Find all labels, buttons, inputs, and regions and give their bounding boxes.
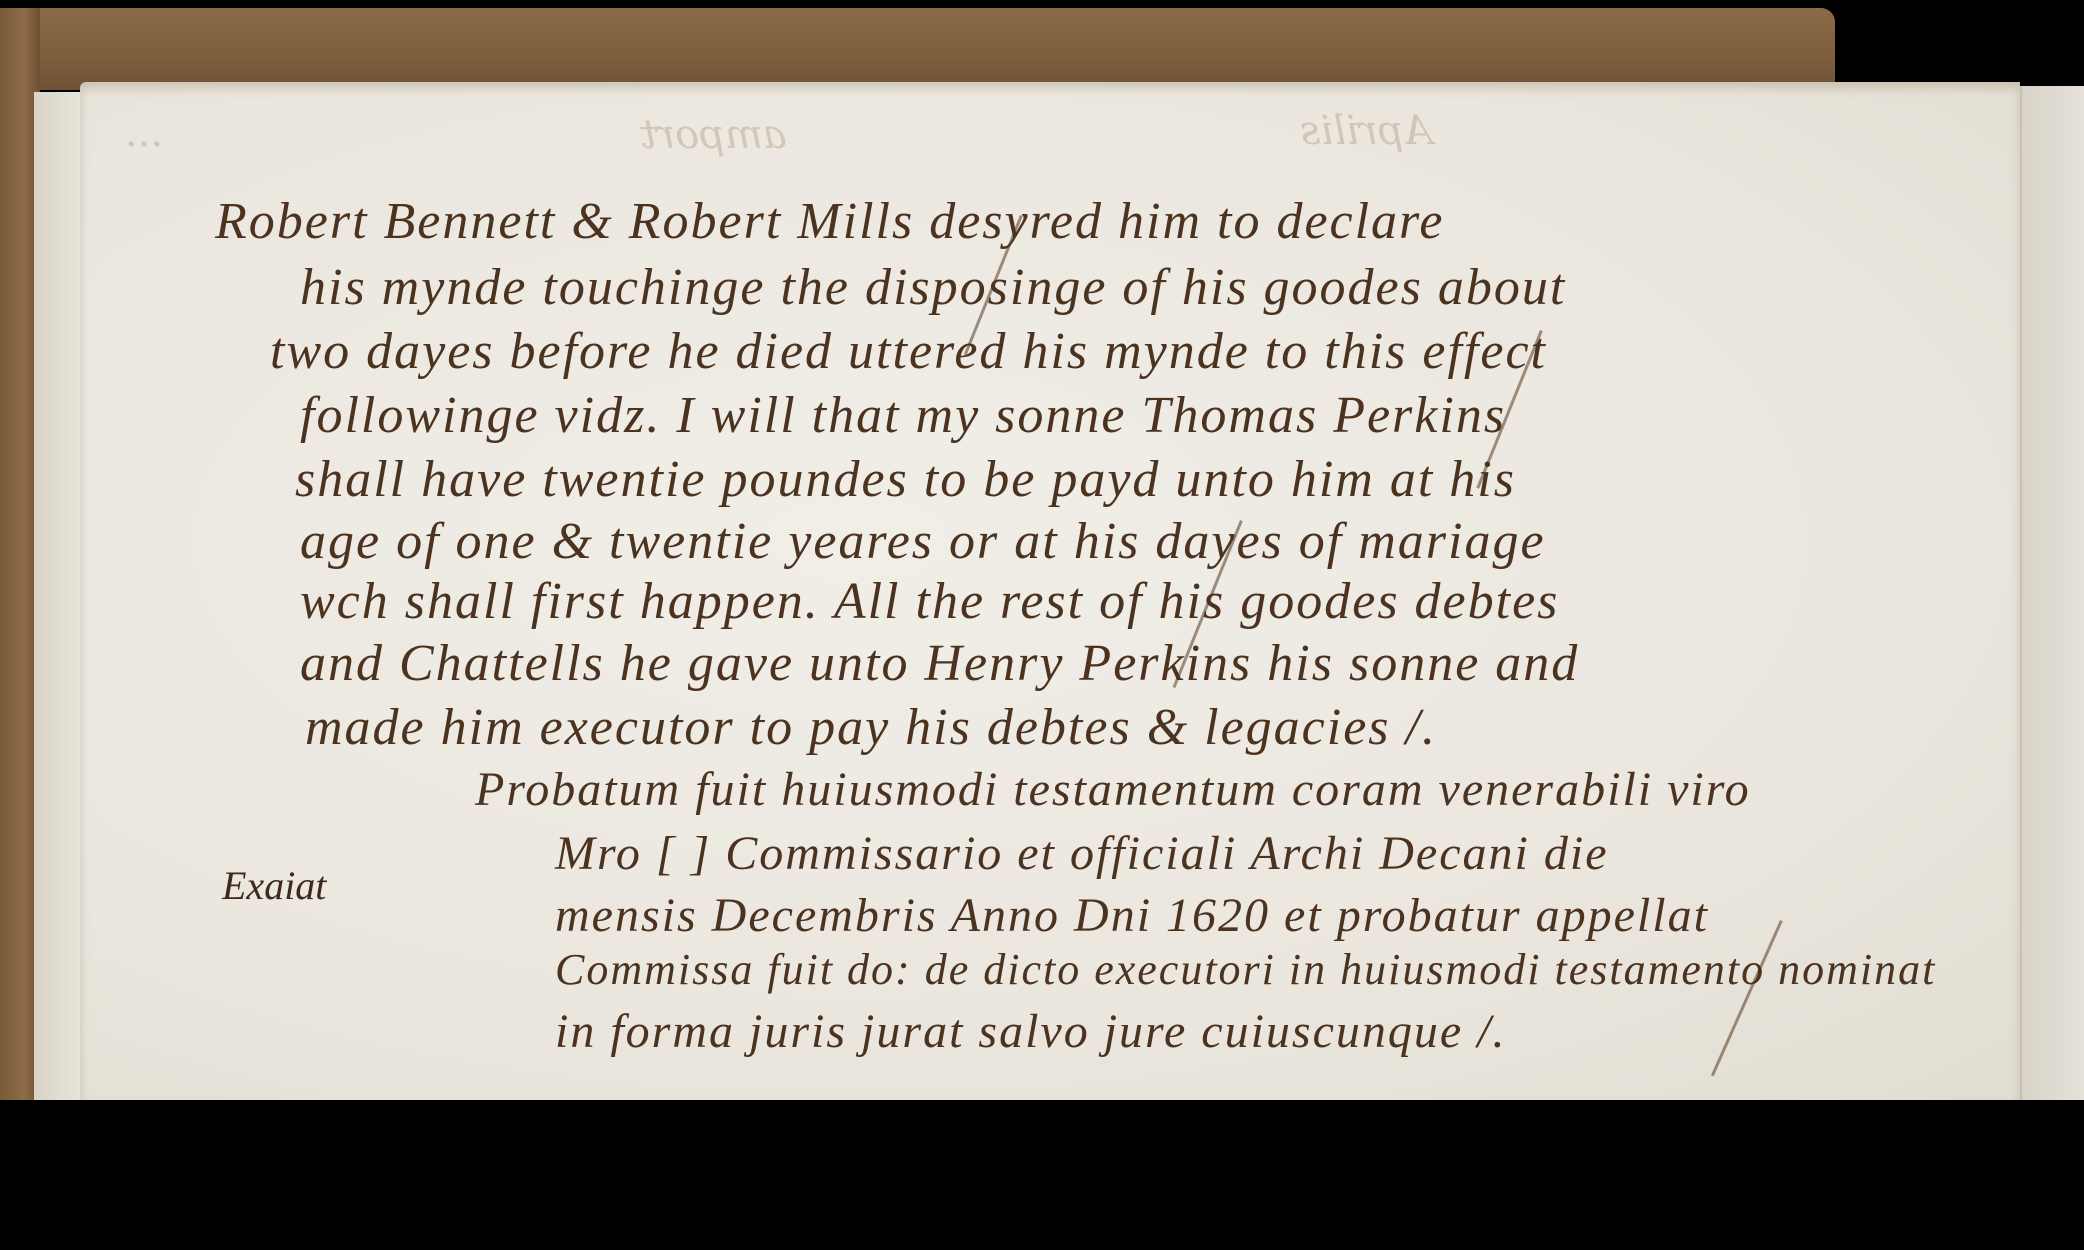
will-line-3: two dayes before he died uttered his myn…	[270, 322, 1547, 381]
book-cover-top-edge	[0, 8, 1835, 90]
will-line-6: age of one & twentie yeares or at his da…	[300, 512, 1546, 571]
page-edge-strip	[34, 92, 84, 1100]
will-line-4: followinge vidz. I will that my sonne Th…	[300, 386, 1506, 445]
will-line-2: his mynde touchinge the disposinge of hi…	[300, 258, 1566, 317]
showthrough-header-2: Aprilis	[1300, 108, 1433, 154]
probate-line-3: mensis Decembris Anno Dni 1620 et probat…	[555, 888, 1709, 943]
will-line-8: and Chattells he gave unto Henry Perkins…	[300, 634, 1579, 693]
margin-note-examinatur: Exaiat	[222, 862, 326, 909]
probate-line-4: Commissa fuit do: de dicto executori in …	[555, 944, 1936, 995]
will-line-9: made him executor to pay his debtes & le…	[305, 698, 1437, 757]
showthrough-header-1: amport	[640, 112, 787, 158]
probate-line-1: Probatum fuit huiusmodi testamentum cora…	[475, 762, 1751, 817]
will-line-7: wch shall first happen. All the rest of …	[300, 572, 1559, 631]
adjacent-page-edge	[2020, 86, 2084, 1100]
probate-line-2: Mro [ ] Commissario et officiali Archi D…	[555, 826, 1609, 881]
black-background-band	[0, 1100, 2084, 1250]
showthrough-page-number: ...	[125, 110, 163, 156]
probate-line-5: in forma juris jurat salvo jure cuiuscun…	[555, 1004, 1507, 1059]
will-line-1: Robert Bennett & Robert Mills desyred hi…	[215, 192, 1444, 251]
will-line-5: shall have twentie poundes to be payd un…	[295, 450, 1516, 509]
